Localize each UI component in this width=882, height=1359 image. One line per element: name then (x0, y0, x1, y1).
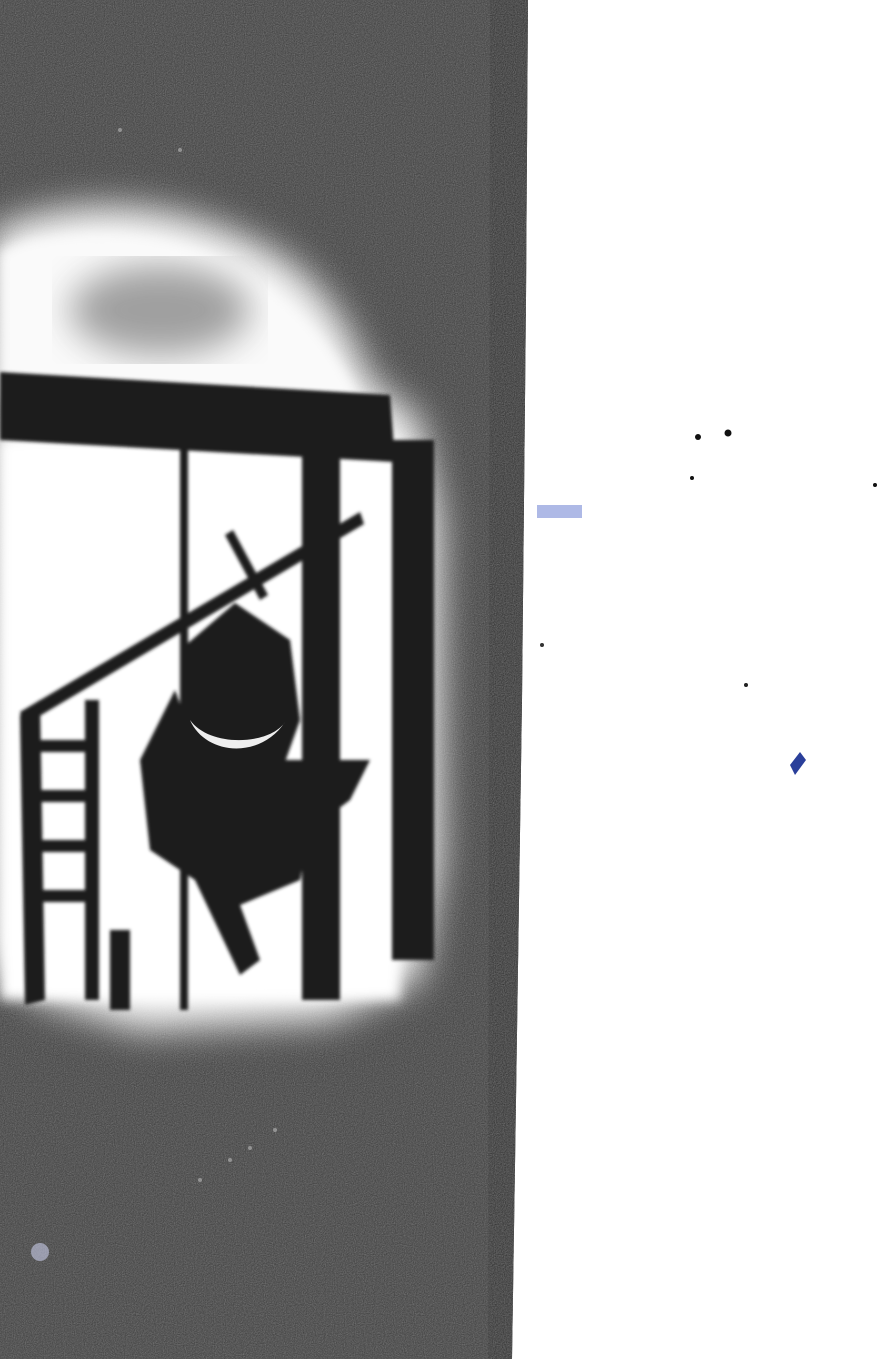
smudge-shape (70, 265, 250, 355)
photo-scene (0, 0, 882, 1359)
right-bar (392, 440, 434, 960)
center-bar (302, 440, 340, 1000)
